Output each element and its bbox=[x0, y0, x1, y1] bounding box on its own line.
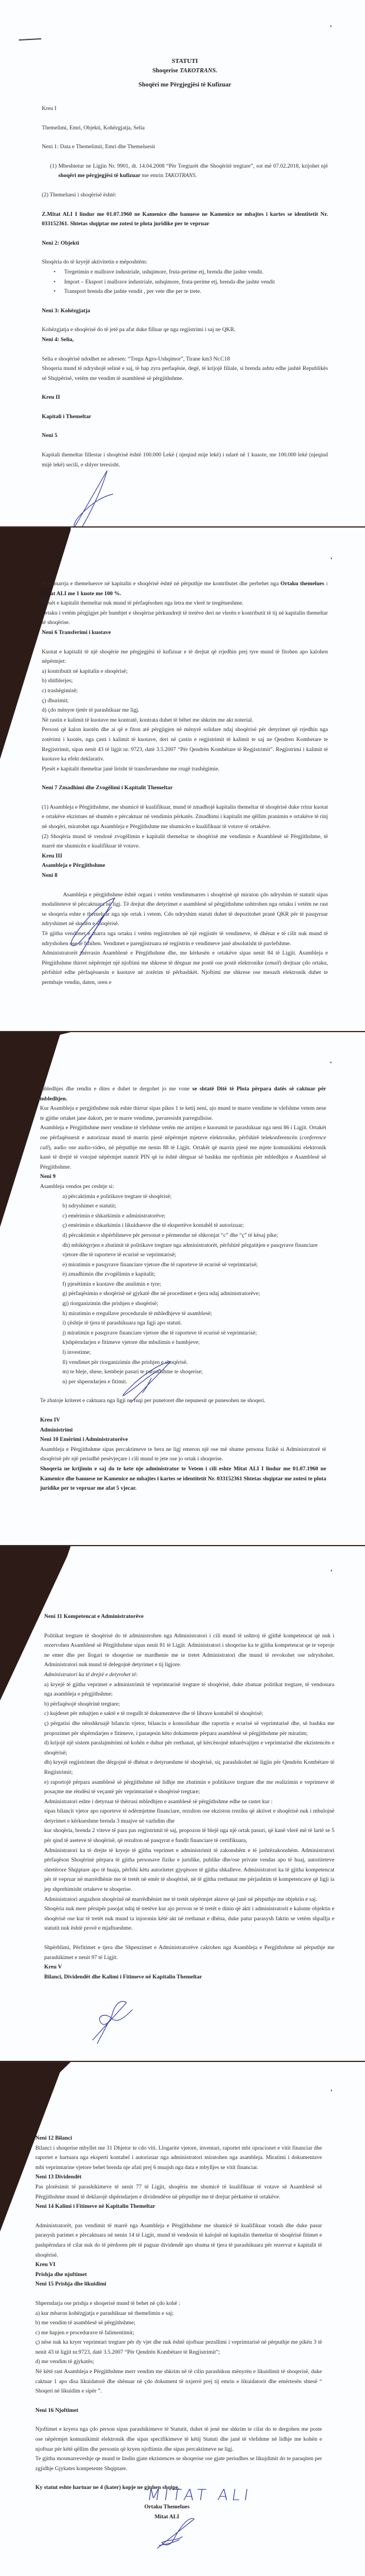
list-item: Tregetimin e mallrave industriale, ushqi… bbox=[64, 268, 328, 278]
list-item: k)shpërndarjen e fitimeve vjetore dhe mb… bbox=[62, 1338, 326, 1348]
list-item: j) miratimin e pasqyrave financiare vjet… bbox=[62, 1329, 326, 1339]
article-paragraph: Administratori ka të drejtë e detyrohet … bbox=[44, 1670, 334, 1680]
article-title: Neni 4: Selia, bbox=[42, 335, 328, 345]
article-paragraph: Në këtë rast Asambleja e Përgjithshme me… bbox=[35, 2367, 322, 2397]
signatory-name: Mitat ALI bbox=[12, 2512, 322, 2522]
signatory-role: Ortaku Themelues bbox=[12, 2502, 322, 2512]
article-title: Neni 7 Zmadhimi dhe Zvogëlimi i Kapitali… bbox=[42, 783, 328, 793]
article-paragraph: Shoqëria nuk merr përsipër pasojat ndaj … bbox=[44, 1904, 334, 1934]
assembly-powers-list: a) përcaktimin e politikave tregtare të … bbox=[40, 1192, 326, 1387]
chapter-label: Kreu VI bbox=[35, 2260, 322, 2270]
list-item: ç) dhurimit; bbox=[42, 696, 328, 706]
article-paragraph: (1) Mbeshtetur ne Ligjin Nr. 9901, dt. 1… bbox=[42, 162, 328, 181]
list-item: dh) mbikëqyrjen e zbatimit të politikave… bbox=[62, 1241, 326, 1260]
initials-signature bbox=[91, 1998, 138, 2045]
article-paragraph: Administratori eshte i detyruar të thërr… bbox=[44, 1797, 334, 1807]
list-item: ç) nëse nuk ka kryer veprimtari tregtare… bbox=[35, 2338, 322, 2357]
chapter-title: Kapitali i Themeltar bbox=[42, 412, 328, 422]
chapter-label: Kreu I bbox=[42, 104, 328, 114]
article-title: Neni 5 bbox=[42, 431, 328, 441]
chapter-label: Kreu II bbox=[42, 393, 328, 403]
article-paragraph: Asambleja e përgjithshme është organi i … bbox=[42, 890, 328, 929]
chapter-title: Administrimi bbox=[40, 1426, 326, 1436]
list-item: a) kontributit në kapitalin e shoqërisë; bbox=[42, 667, 328, 677]
list-item: a) kur mbaron kohëzgjatja e parashikuar … bbox=[35, 2309, 322, 2319]
article-paragraph: Selia e shoqërisë ndodhet ne adresen: “T… bbox=[42, 355, 328, 365]
chapter-title: Bilanci, Dividendët dhe Kalimi i Fitimev… bbox=[44, 1973, 334, 1983]
article-title: Neni 14 Kalimi i Fitimeve në Kapitalin T… bbox=[35, 2202, 322, 2212]
administrator-details: Shoqeria ne krijimin e saj do te kete nj… bbox=[40, 1464, 326, 1494]
article-title: Neni 13 Dividendët bbox=[35, 2173, 322, 2183]
list-item: ç) emërimin e shkarkimin i likuiduesve d… bbox=[62, 1221, 326, 1231]
article-paragraph: sipas bilancit vjetor apo raporteve të n… bbox=[44, 1807, 334, 1826]
article-paragraph: Administratori angazhon shoqërinë në mar… bbox=[44, 1895, 334, 1905]
list-item: b) ndryshimet e statutit; bbox=[62, 1202, 326, 1212]
article-paragraph: Të gjitha vendimet e marra nga ortaku i … bbox=[42, 929, 328, 949]
article-paragraph: Shpërblimi, Përfitimet e tjera dhe Shpen… bbox=[44, 1943, 334, 1963]
article-paragraph: (2) Shoqëria mund të vendosë zvogëlimin … bbox=[42, 832, 328, 852]
article-paragraph: Shoqëria do të kryejë aktivitetin e mëpo… bbox=[42, 258, 328, 268]
article-title: Neni 6 Transferimi i kuotave bbox=[42, 628, 328, 638]
article-paragraph: Ortaku i vetëm përgjigjet për humbjet e … bbox=[42, 609, 328, 628]
list-item: b) shitblerjes; bbox=[42, 676, 328, 686]
list-item: g) përfaqësimin e shoqërisë në gjykatë d… bbox=[62, 1289, 326, 1299]
list-item: Transport brenda dhe jashte vendit , per… bbox=[64, 287, 328, 297]
article-title: Neni 2: Objekti bbox=[42, 239, 328, 249]
article-paragraph: Te gjitha mosmarreveshje qe mund te lind… bbox=[35, 2454, 322, 2474]
chapter-title: Asambleja e Përgjithshme bbox=[42, 861, 328, 871]
article-title: Neni 8 bbox=[42, 871, 328, 881]
article-paragraph: Asambleja e Përgjithshme sipas percaktim… bbox=[40, 1445, 326, 1464]
article-paragraph: (1) Asambleja e Përgjithshme, me shumicë… bbox=[42, 803, 328, 832]
article-title: Neni 11 Kompetencat e Administratorëve bbox=[44, 1612, 334, 1622]
article-paragraph: Pjesët e kapitalit themeltar janë lirish… bbox=[42, 765, 328, 775]
chapter-label: Kreu IV bbox=[40, 1416, 326, 1426]
page-1: STATUTI Shoqerise TAKOTRANS. Shoqëri me … bbox=[0, 0, 365, 526]
list-item: d) çdo mënyre tjetër të parashikuar me l… bbox=[42, 706, 328, 716]
article-paragraph: Kapitali themeltar fillestar i shoqërisë… bbox=[42, 451, 328, 470]
article-title: Neni 15 Prishja dhe likuidimi bbox=[35, 2280, 322, 2290]
article-paragraph: Kur Asambleja e pergjithshme nuk eshte t… bbox=[40, 1104, 326, 1123]
company-line: Shoqerise TAKOTRANS. bbox=[42, 66, 328, 76]
list-item: i) çështje të tjera të parashikuara nga … bbox=[62, 1319, 326, 1329]
chapter-label: Kreu III bbox=[42, 852, 328, 862]
list-item: f) pjesëtimin e kuotave dhe anulimin e t… bbox=[62, 1280, 326, 1290]
article-paragraph: Pjesët e kapitalit themeltar nuk mund të… bbox=[42, 599, 328, 609]
article-paragraph: Shoqeria mund të ndryshojë selinë e saj,… bbox=[42, 364, 328, 383]
page-5: Neni 12 Bilanci Bilanci i shoqerise mbyl… bbox=[0, 2061, 365, 2576]
article-paragraph: Administratorët thërrasin Asamblenë e Pë… bbox=[42, 949, 328, 987]
list-item: Import – Eksport i mallrave industriale,… bbox=[64, 278, 328, 288]
list-item: c) me hapjen e procedurave të falimentim… bbox=[35, 2328, 322, 2338]
chapter-title: Prishja dhe njoftimet bbox=[35, 2270, 322, 2280]
document-title: STATUTI bbox=[42, 57, 328, 66]
activity-list: Tregetimin e mallrave industriale, ushqi… bbox=[42, 268, 328, 297]
list-item: m) te bleje, shese, kembeje pasuri te pa… bbox=[62, 1367, 326, 1377]
list-item: d) krijojë një sistem paralajmërimi në k… bbox=[44, 1739, 334, 1758]
page-3: mbledhjes dhe rendin e dites e duhet te … bbox=[0, 1031, 365, 1545]
article-paragraph: mbledhjes dhe rendin e dites e duhet te … bbox=[40, 1085, 326, 1104]
chapter-title: Themelimi, Emri, Objekti, Kohëzgjatja, S… bbox=[42, 124, 328, 134]
company-type: Shoqëri me Përgjegjësi të Kufizuar bbox=[42, 81, 328, 90]
list-item: dh) kryejë regjistrimet dhe dërgojnë të … bbox=[44, 1758, 334, 1777]
chapter-label: Kreu V bbox=[44, 1963, 334, 1973]
article-title: Neni 3: Kohëzgjatja bbox=[42, 306, 328, 316]
list-item: l) investime; bbox=[62, 1348, 326, 1358]
article-paragraph: Kuotat e kapitalit të një shoqërie me pë… bbox=[42, 648, 328, 667]
founder-details: Z.Mitat ALI I lindur me 01.07.1960 ne Ka… bbox=[42, 210, 328, 229]
list-item: d) me vendim të gjykatës; bbox=[35, 2357, 322, 2367]
article-title: Neni 9 bbox=[40, 1172, 326, 1182]
article-paragraph: kur shoqëria, brenda 2 viteve të para pa… bbox=[44, 1826, 334, 1846]
list-item: b) me vendim të asamblesë së përgjithshm… bbox=[35, 2318, 322, 2328]
article-paragraph: Administratori ka të drejte të kryeje të… bbox=[44, 1846, 334, 1895]
company-name: TAKOTRANS. bbox=[180, 68, 217, 74]
article-paragraph: Në rastin e kalimit të kuotave me kontra… bbox=[42, 716, 328, 726]
article-paragraph: Asambleja vendos per ceshtje si: bbox=[40, 1182, 326, 1192]
list-item: c) emërimin e shkarkimin e administrator… bbox=[62, 1212, 326, 1222]
list-item: d) përcaktimin e shpërblimeve për person… bbox=[62, 1231, 326, 1241]
page-2: Pjesëmarrja e themeluesve në kapitalin e… bbox=[0, 526, 365, 1031]
article-paragraph: Pjesëmarrja e themeluesve në kapitalin e… bbox=[42, 579, 328, 599]
article-paragraph: Administratorët, pas vendimit të marrë n… bbox=[35, 2221, 322, 2260]
list-item: c) trashëgimisë; bbox=[42, 686, 328, 696]
article-title: Neni 10 Emërimi i Administratorëve bbox=[40, 1435, 326, 1445]
article-title: Neni 12 Bilanci bbox=[35, 2134, 322, 2144]
article-paragraph: (2) Themeluesi i shoqërisë është: bbox=[42, 191, 328, 201]
article-paragraph: Pas plotësimit të parashikimeve të nenit… bbox=[35, 2183, 322, 2202]
article-paragraph: Shperndarja ose prishja e shoqerisë mund… bbox=[35, 2299, 322, 2309]
page-4: Neni 11 Kompetencat e Administratorëve P… bbox=[0, 1545, 365, 2061]
list-item: n) per shperndarjen e fitimit. bbox=[62, 1377, 326, 1387]
article-paragraph: Kohëzgjatja e shoqërisë do të jetë pa af… bbox=[42, 325, 328, 335]
article-title: Neni 1: Data e Themelimit, Emri dhe Them… bbox=[42, 142, 328, 152]
list-item: ç) përgatisi dhe nënshkruajë bilancin vj… bbox=[44, 1719, 334, 1739]
article-paragraph: Asambleja e Përgjithshme merr vendime të… bbox=[40, 1123, 326, 1172]
initials-signature bbox=[66, 468, 125, 526]
article-title: Neni 16 Njoftimet bbox=[35, 2406, 322, 2416]
list-item: ll) vendimet për riorganizimin dhe prish… bbox=[62, 1358, 326, 1368]
list-item: a) kryejë të gjitha veprimet e administr… bbox=[44, 1680, 334, 1700]
list-item: e) raportojë përpara asamblesë së përgji… bbox=[44, 1778, 334, 1797]
article-paragraph: Njoftimet e kryera nga çdo person sipas … bbox=[35, 2425, 322, 2454]
list-item: a) përcaktimin e politikave tregtare të … bbox=[62, 1192, 326, 1202]
list-item: h) miratimin e rregullave procedurale të… bbox=[62, 1309, 326, 1319]
list-item: c) kujdeset për mbajtjen e saktë e të rr… bbox=[44, 1709, 334, 1719]
article-paragraph: Politikat tregtare të shoqërisë do të ad… bbox=[44, 1631, 334, 1670]
article-paragraph: Te zbatoje kriteret e caktuara nga ligji… bbox=[40, 1396, 326, 1406]
article-paragraph: Bilanci i shoqerise mbyllet me 31 Dhjeto… bbox=[35, 2144, 322, 2173]
closing-statement: Ky statut eshte hartuar ne 4 (kater) kop… bbox=[35, 2483, 322, 2493]
list-item: ë) zmadhimin dhe zvogëlimin e kapitalit; bbox=[62, 1270, 326, 1280]
article-paragraph: Personi që kalon kuotën dhe ai që e fito… bbox=[42, 725, 328, 764]
list-item: b) përfaqësojë shoqërinë tregtare; bbox=[44, 1700, 334, 1710]
list-item: gj) riorganizimin dhe prishjen e shoqëri… bbox=[62, 1299, 326, 1309]
list-item: e) miratimin e pasqyrave financiare vjet… bbox=[62, 1260, 326, 1270]
